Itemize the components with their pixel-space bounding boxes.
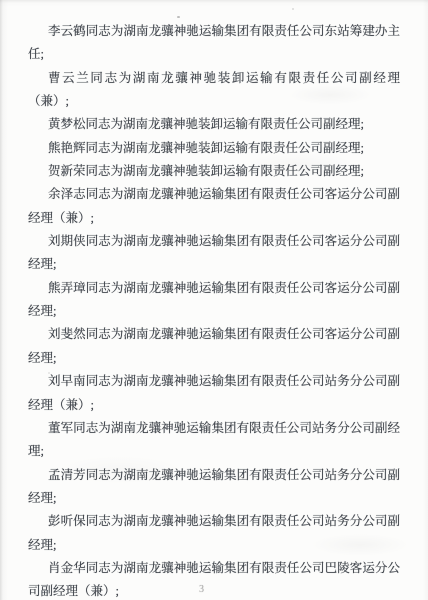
paragraph: 彭听保同志为湖南龙骧神驰运输集团有限责任公司站务分公司副经理; xyxy=(28,510,400,557)
paragraph: 董军同志为湖南龙骧神驰运输集团有限责任公司站务分公司副经理; xyxy=(28,417,400,464)
paragraph: 余泽志同志为湖南龙骧神驰运输集团有限责任公司客运分公司副经理（兼）; xyxy=(28,183,400,230)
paragraph: 黄梦松同志为湖南龙骧神驰装卸运输有限责任公司副经理; xyxy=(28,113,400,136)
paragraph: 熊弄璋同志为湖南龙骧神驰运输集团有限责任公司客运分公司副经理; xyxy=(28,277,400,324)
paragraph: 刘期侠同志为湖南龙骧神驰运输集团有限责任公司客运分公司副经理; xyxy=(28,230,400,277)
paragraph: 李云鹤同志为湖南龙骧神驰运输集团有限责任公司东站筹建办主任; xyxy=(28,20,400,67)
appointment-list: 李云鹤同志为湖南龙骧神驰运输集团有限责任公司东站筹建办主任;曹云兰同志为湖南龙骧… xyxy=(28,20,400,600)
paragraph: 刘早南同志为湖南龙骧神驰运输集团有限责任公司站务分公司副经理（兼）; xyxy=(28,370,400,417)
paragraph: 孟清芳同志为湖南龙骧神驰运输集团有限责任公司站务分公司副经理; xyxy=(28,464,400,511)
scan-speck xyxy=(292,8,294,10)
paragraph: 贺新荣同志为湖南龙骧神驰装卸运输有限责任公司副经理; xyxy=(28,160,400,183)
paragraph: 肖金华同志为湖南龙骧神驰运输集团有限责任公司巴陵客运分公司副经理（兼）; xyxy=(28,557,400,600)
paragraph: 曹云兰同志为湖南龙骧神驰装卸运输有限责任公司副经理（兼）; xyxy=(28,67,400,114)
paragraph: 刘斐然同志为湖南龙骧神驰运输集团有限责任公司客运分公司副经理; xyxy=(28,323,400,370)
scan-speck xyxy=(177,16,180,18)
page-number: 3 xyxy=(199,584,204,595)
document-page: 李云鹤同志为湖南龙骧神驰运输集团有限责任公司东站筹建办主任;曹云兰同志为湖南龙骧… xyxy=(0,0,428,600)
paragraph: 熊艳辉同志为湖南龙骧神驰装卸运输有限责任公司副经理; xyxy=(28,137,400,160)
